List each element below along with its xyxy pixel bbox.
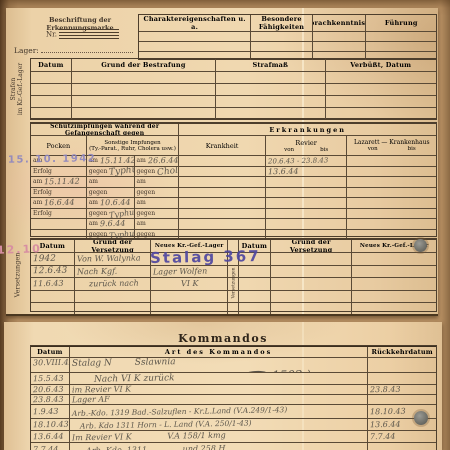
strafen-empty-row — [31, 83, 436, 95]
strafen-table: Datum Grund der Bestrafung Strafmaß Verb… — [30, 58, 437, 120]
sonstige2-label: am — [137, 220, 146, 227]
impfungen-row: am9.6.44 am — [31, 218, 436, 229]
traits-table: Charaktereigenschaften u. a. Besondere F… — [138, 14, 437, 60]
strafen-side-label-line2: im Kr.-Gef.-Lager — [18, 63, 25, 115]
pocken-am-label: am — [33, 178, 42, 185]
traits-empty-row — [139, 31, 436, 41]
traits-header-charakter: Charaktereigenschaften u. a. — [139, 15, 250, 31]
erkrankungen-title: Erkrankungen — [178, 124, 436, 135]
scribble-mark — [239, 370, 269, 372]
versetzung-datum: 12.6.43 — [33, 266, 68, 277]
kommandos-header-art: Art des Kommandos — [69, 347, 368, 357]
kommandos-row: 23.8.43 Lager AF — [31, 394, 436, 404]
versetzung-lager: VI K — [180, 279, 198, 288]
kommando-rueckkehr: 7.7.44 — [370, 432, 396, 441]
sonstige2-label: gegen — [137, 168, 156, 175]
lazarett-bis-label: bis — [408, 146, 416, 152]
kommandos-title-row: Kommandos — [4, 327, 442, 346]
strafen-header-verbuesst: Verbüßt, Datum — [325, 59, 436, 71]
pocken-am-label: am — [33, 199, 42, 206]
revier-label: Revier — [295, 139, 316, 147]
kommandos-row: 18.10.43 Arb. Kdo 1311 Horn - L. Land (V… — [31, 418, 436, 430]
sonstige1-label: am — [89, 178, 98, 185]
date-stamp: 15. 10. 1942 — [8, 153, 96, 166]
margin-date-note: 12.10 — [0, 242, 42, 257]
sonstige2-label: am — [137, 199, 146, 206]
impfungen-header-lazarett: Lazarett — Krankenhaus von bis — [346, 136, 436, 155]
kommandos-table: Datum Art des Kommandos Rückkehrdatum 30… — [30, 345, 437, 450]
impfungen-table: Schutzimpfungen während der Gefangenscha… — [30, 122, 437, 237]
lager-label: Lager: — [14, 46, 39, 55]
kommandos-header-datum: Datum — [31, 347, 69, 357]
versetzung-datum: 11.6.43 — [33, 279, 64, 289]
kommandos-header-rueckkehr: Rückkehrdatum — [367, 347, 436, 357]
traits-header-faehigkeiten: Besondere Fähigkeiten — [250, 15, 312, 31]
traits-header-fuehrung: Führung — [365, 15, 436, 31]
kommandos-row: 13.6.44 Im Revier VI K V.A 158/1 kmg 7.7… — [31, 430, 436, 442]
versetzungen-row: 12.6.43 Nach Kgf. Lager Wolfen — [31, 265, 436, 278]
revier-entry: 13.6.44 — [268, 167, 299, 177]
kommando-note: Kdo. 1502 ) — [220, 364, 311, 372]
sonstige2-label: am — [137, 157, 146, 164]
kommando-rueckkehr: 23.8.43 — [370, 385, 401, 394]
kommandos-row: 1.9.43 Arb.-Kdo. 1319 Bad.-Salzuflen - K… — [31, 404, 436, 418]
strafen-empty-row — [31, 71, 436, 83]
pocken-erfolg-label: Erfolg — [33, 168, 52, 175]
nr-label: Nr. — [46, 31, 57, 39]
traits-header-sprachen: Sprachkenntnisse — [312, 15, 366, 31]
personalkarte-card: Beschriftung der Erkennungsmarke Nr. Lag… — [6, 8, 438, 316]
strafen-side-label: Strafen im Kr.-Gef.-Lager — [6, 58, 30, 120]
impfungen-row: Erfolg gegen gegen — [31, 187, 436, 198]
revier-entry: 20.6.43 - 23.8.43 — [268, 156, 328, 165]
kommando-datum: 15.5.43 — [33, 374, 64, 384]
sonstige2-label: gegen — [137, 189, 156, 196]
lazarett-von-label: von — [368, 146, 378, 152]
pocken-entry: 16.6.44 — [44, 198, 75, 208]
kommandos-row: 7.7.44 Arb. Kdo. 1311 und 258 H — [31, 442, 436, 450]
impfungen-row: Erfolg gegenTyphus gegenCholera 13.6.44 — [31, 166, 436, 177]
sonstige1-entry: 15.11.42 — [100, 156, 134, 166]
sonstige2-entry: Cholera — [157, 167, 179, 177]
lazarett-label: Lazarett — Krankenhaus — [354, 139, 430, 146]
versetzungen-row — [31, 290, 436, 303]
kommando-datum: 20.6.43 — [33, 385, 64, 394]
sonstige-line2: (Ty.-Parat., Ruhr, Cholera usw.) — [89, 146, 176, 152]
scanned-pow-record: Beschriftung der Erkennungsmarke Nr. Lag… — [0, 0, 450, 450]
sonstige2-label: gegen — [137, 210, 156, 217]
impfungen-header-revier: Revier von bis — [265, 136, 347, 155]
versetzungen-row: 11.6.43 zurück nach VI K — [31, 277, 436, 290]
punch-hole — [414, 411, 428, 425]
kommando-art: im Revier VI K — [72, 385, 131, 394]
kommando-datum: 7.7.44 — [33, 445, 59, 450]
sonstige2-label: am — [137, 178, 146, 185]
strafen-empty-row — [31, 107, 436, 119]
revier-bis-label: bis — [320, 147, 328, 153]
impfungen-header-pocken: Pocken — [31, 136, 86, 155]
revier-von-label: von — [284, 147, 294, 153]
pocken-entry: 15.11.42 — [44, 177, 80, 187]
kommandos-row: 30.VIII.42 Stalag N Sslawnia Kdo. 1502 ) — [31, 357, 436, 372]
sonstige1-label: gegen — [89, 189, 108, 196]
impfungen-title: Schutzimpfungen während der Gefangenscha… — [31, 124, 178, 135]
kommando-art: Arb. Kdo 1311 Horn - L. Land (V.A. 250/1… — [80, 419, 252, 430]
kommando-datum: 1.9.43 — [33, 407, 59, 416]
sonstige1-entry: Typhus — [109, 209, 134, 219]
strafen-header-grund: Grund der Bestrafung — [71, 59, 215, 71]
versetzungen-header-grund-2: Grund der Versetzung — [270, 240, 352, 252]
sonstige1-label: gegen — [89, 210, 108, 217]
nr-blank-lines — [59, 29, 119, 40]
strafen-empty-row — [31, 95, 436, 107]
traits-empty-row — [139, 41, 436, 51]
kommandos-row: 20.6.43 im Revier VI K 23.8.43 — [31, 384, 436, 394]
kommandos-row: 15.5.43 Nach VI K zurück — [31, 372, 436, 384]
sonstige1-entry: 9.6.44 — [100, 219, 126, 228]
versetzung-grund: zurück nach — [89, 279, 139, 289]
kdo-note-number: 1502 ) — [272, 368, 311, 372]
sonstige1-label: gegen — [89, 231, 108, 238]
kommandos-card: Kommandos Datum Art des Kommandos Rückke… — [4, 322, 442, 450]
kommando-art: Arb. Kdo. 1311 und 258 H — [86, 444, 226, 450]
lager-blank-line — [41, 45, 133, 53]
strafen-header-datum: Datum — [31, 59, 71, 71]
kommando-rueckkehr: 13.6.44 — [370, 420, 401, 430]
sonstige1-entry: 10.6.44 — [100, 198, 131, 208]
kommando-art: Nach VI K zurück — [94, 373, 175, 384]
kommando-art: Arb.-Kdo. 1319 Bad.-Salzuflen - Kr.L.Lan… — [72, 405, 287, 418]
pocken-erfolg-label: Erfolg — [33, 210, 52, 217]
punch-hole — [414, 239, 427, 252]
kommando-art: Stalag N Sslawnia — [72, 358, 176, 369]
pocken-erfolg-label: Erfolg — [33, 189, 52, 196]
sonstige1-label: gegen — [89, 168, 108, 175]
impfungen-header-krankheit: Krankheit — [178, 136, 265, 155]
versetzungen-header-grund: Grund der Versetzung — [74, 240, 151, 252]
kommando-datum: 30.VIII.42 — [33, 358, 69, 367]
versetzungen-row — [31, 302, 436, 314]
kommando-datum: 13.6.44 — [33, 432, 64, 442]
kommando-datum: 18.10.43 — [33, 420, 69, 430]
stalag-367-stamp: Stalag 367 — [150, 247, 261, 267]
kommando-art: Lager AF — [72, 395, 110, 404]
sonstige1-entry: Typhus — [109, 167, 134, 177]
impfungen-row: am16.6.44 am10.6.44 am — [31, 197, 436, 208]
sonstige2-label: gegen — [137, 231, 156, 238]
strafen-header-strafmass: Strafmaß — [215, 59, 324, 71]
impfungen-row: Erfolg gegenTyphus gegen — [31, 208, 436, 219]
kommando-rueckkehr: 18.10.43 — [370, 407, 406, 417]
sonstige1-label: am — [89, 199, 98, 206]
id-nr-row: Nr. — [46, 29, 119, 40]
impfungen-row: am15.11.42 am am — [31, 176, 436, 187]
impfungen-header-sonstige: Sonstige Impfungen (Ty.-Parat., Ruhr, Ch… — [86, 136, 179, 155]
sonstige1-label: am — [89, 220, 98, 227]
sonstige2-entry: 26.6.44 — [148, 156, 179, 166]
versetzung-grund: Von W. Walynka — [77, 254, 141, 264]
kommando-art: Im Revier VI K V.A 158/1 kmg — [72, 431, 226, 442]
versetzung-grund: Nach Kgf. — [77, 266, 117, 276]
lager-row: Lager: — [14, 45, 133, 55]
versetzung-lager: Lager Wolfen — [153, 266, 207, 276]
kommando-datum: 23.8.43 — [33, 395, 64, 404]
